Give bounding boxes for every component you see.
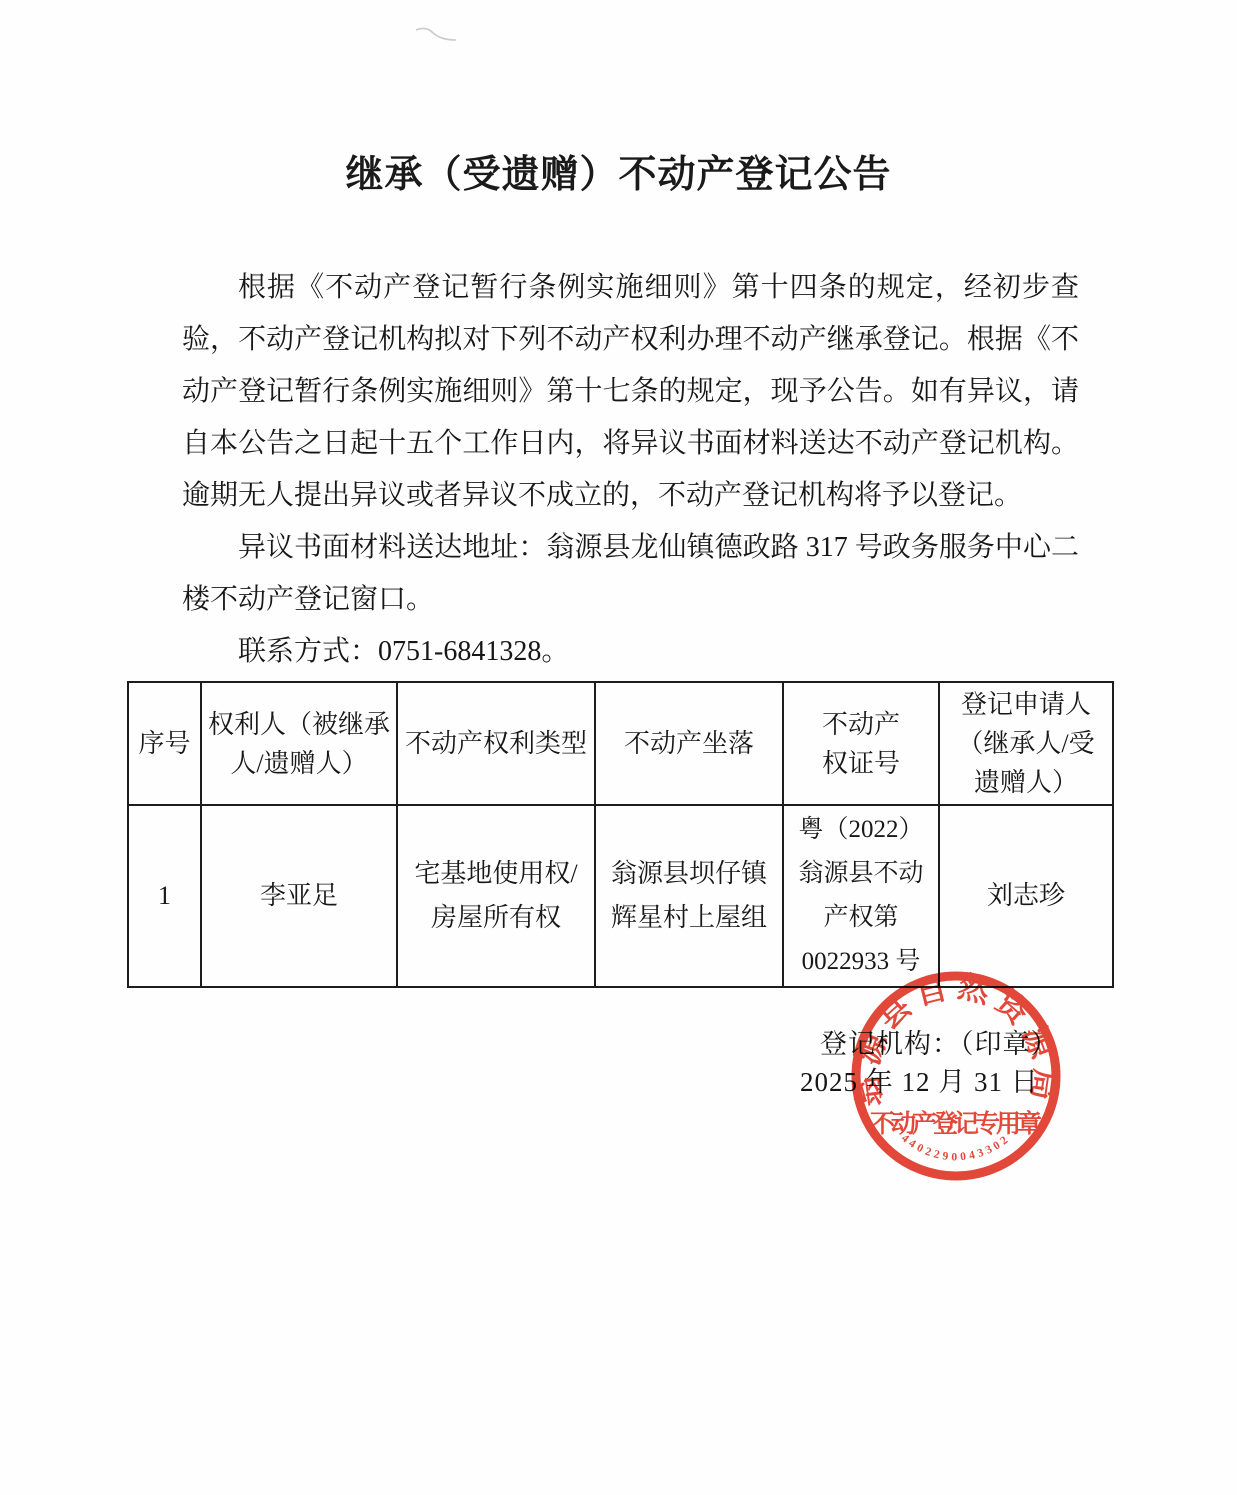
- scan-smudge-mark: [408, 20, 468, 50]
- table-row: 1 李亚足 宅基地使用权/ 房屋所有权 翁源县坝仔镇 辉星村上屋组 粤（2022…: [128, 805, 1113, 987]
- cell-cert-no: 粤（2022） 翁源县不动 产权第 0022933 号: [783, 805, 939, 987]
- cell-location: 翁源县坝仔镇 辉星村上屋组: [595, 805, 783, 987]
- header-right-type: 不动产权利类型: [397, 682, 595, 805]
- seal-ring-text: 翁源县自然资源局: [848, 969, 1063, 1110]
- scanned-notice-page: 继承（受遗赠）不动产登记公告 根据《不动产登记暂行条例实施细则》第十四条的规定，…: [0, 0, 1237, 1495]
- header-serial-no: 序号: [128, 682, 201, 805]
- official-red-seal: 翁源县自然资源局 不动产登记专用章 4402290043302: [846, 966, 1068, 1188]
- page-title: 继承（受遗赠）不动产登记公告: [0, 0, 1237, 200]
- table-header-row: 序号 权利人（被继承 人/遗赠人） 不动产权利类型 不动产坐落 不动产 权证号 …: [128, 682, 1113, 805]
- seal-bottom-text: 不动产登记专用章: [870, 1109, 1042, 1138]
- cell-applicant: 刘志珍: [939, 805, 1113, 987]
- header-right-holder: 权利人（被继承 人/遗赠人）: [201, 682, 397, 805]
- header-applicant: 登记申请人 （继承人/受 遗赠人）: [939, 682, 1113, 805]
- paragraph-contact: 联系方式：0751-6841328。: [182, 626, 1079, 678]
- registration-table: 序号 权利人（被继承 人/遗赠人） 不动产权利类型 不动产坐落 不动产 权证号 …: [127, 681, 1114, 988]
- notice-body: 根据《不动产登记暂行条例实施细则》第十四条的规定，经初步查验，不动产登记机构拟对…: [182, 262, 1079, 678]
- cell-right-type: 宅基地使用权/ 房屋所有权: [397, 805, 595, 987]
- header-location: 不动产坐落: [595, 682, 783, 805]
- paragraph-address: 异议书面材料送达地址：翁源县龙仙镇德政路 317 号政务服务中心二楼不动产登记窗…: [182, 522, 1079, 626]
- header-cert-no: 不动产 权证号: [783, 682, 939, 805]
- cell-serial-no: 1: [128, 805, 201, 987]
- cell-right-holder: 李亚足: [201, 805, 397, 987]
- paragraph-regulation: 根据《不动产登记暂行条例实施细则》第十四条的规定，经初步查验，不动产登记机构拟对…: [182, 262, 1079, 522]
